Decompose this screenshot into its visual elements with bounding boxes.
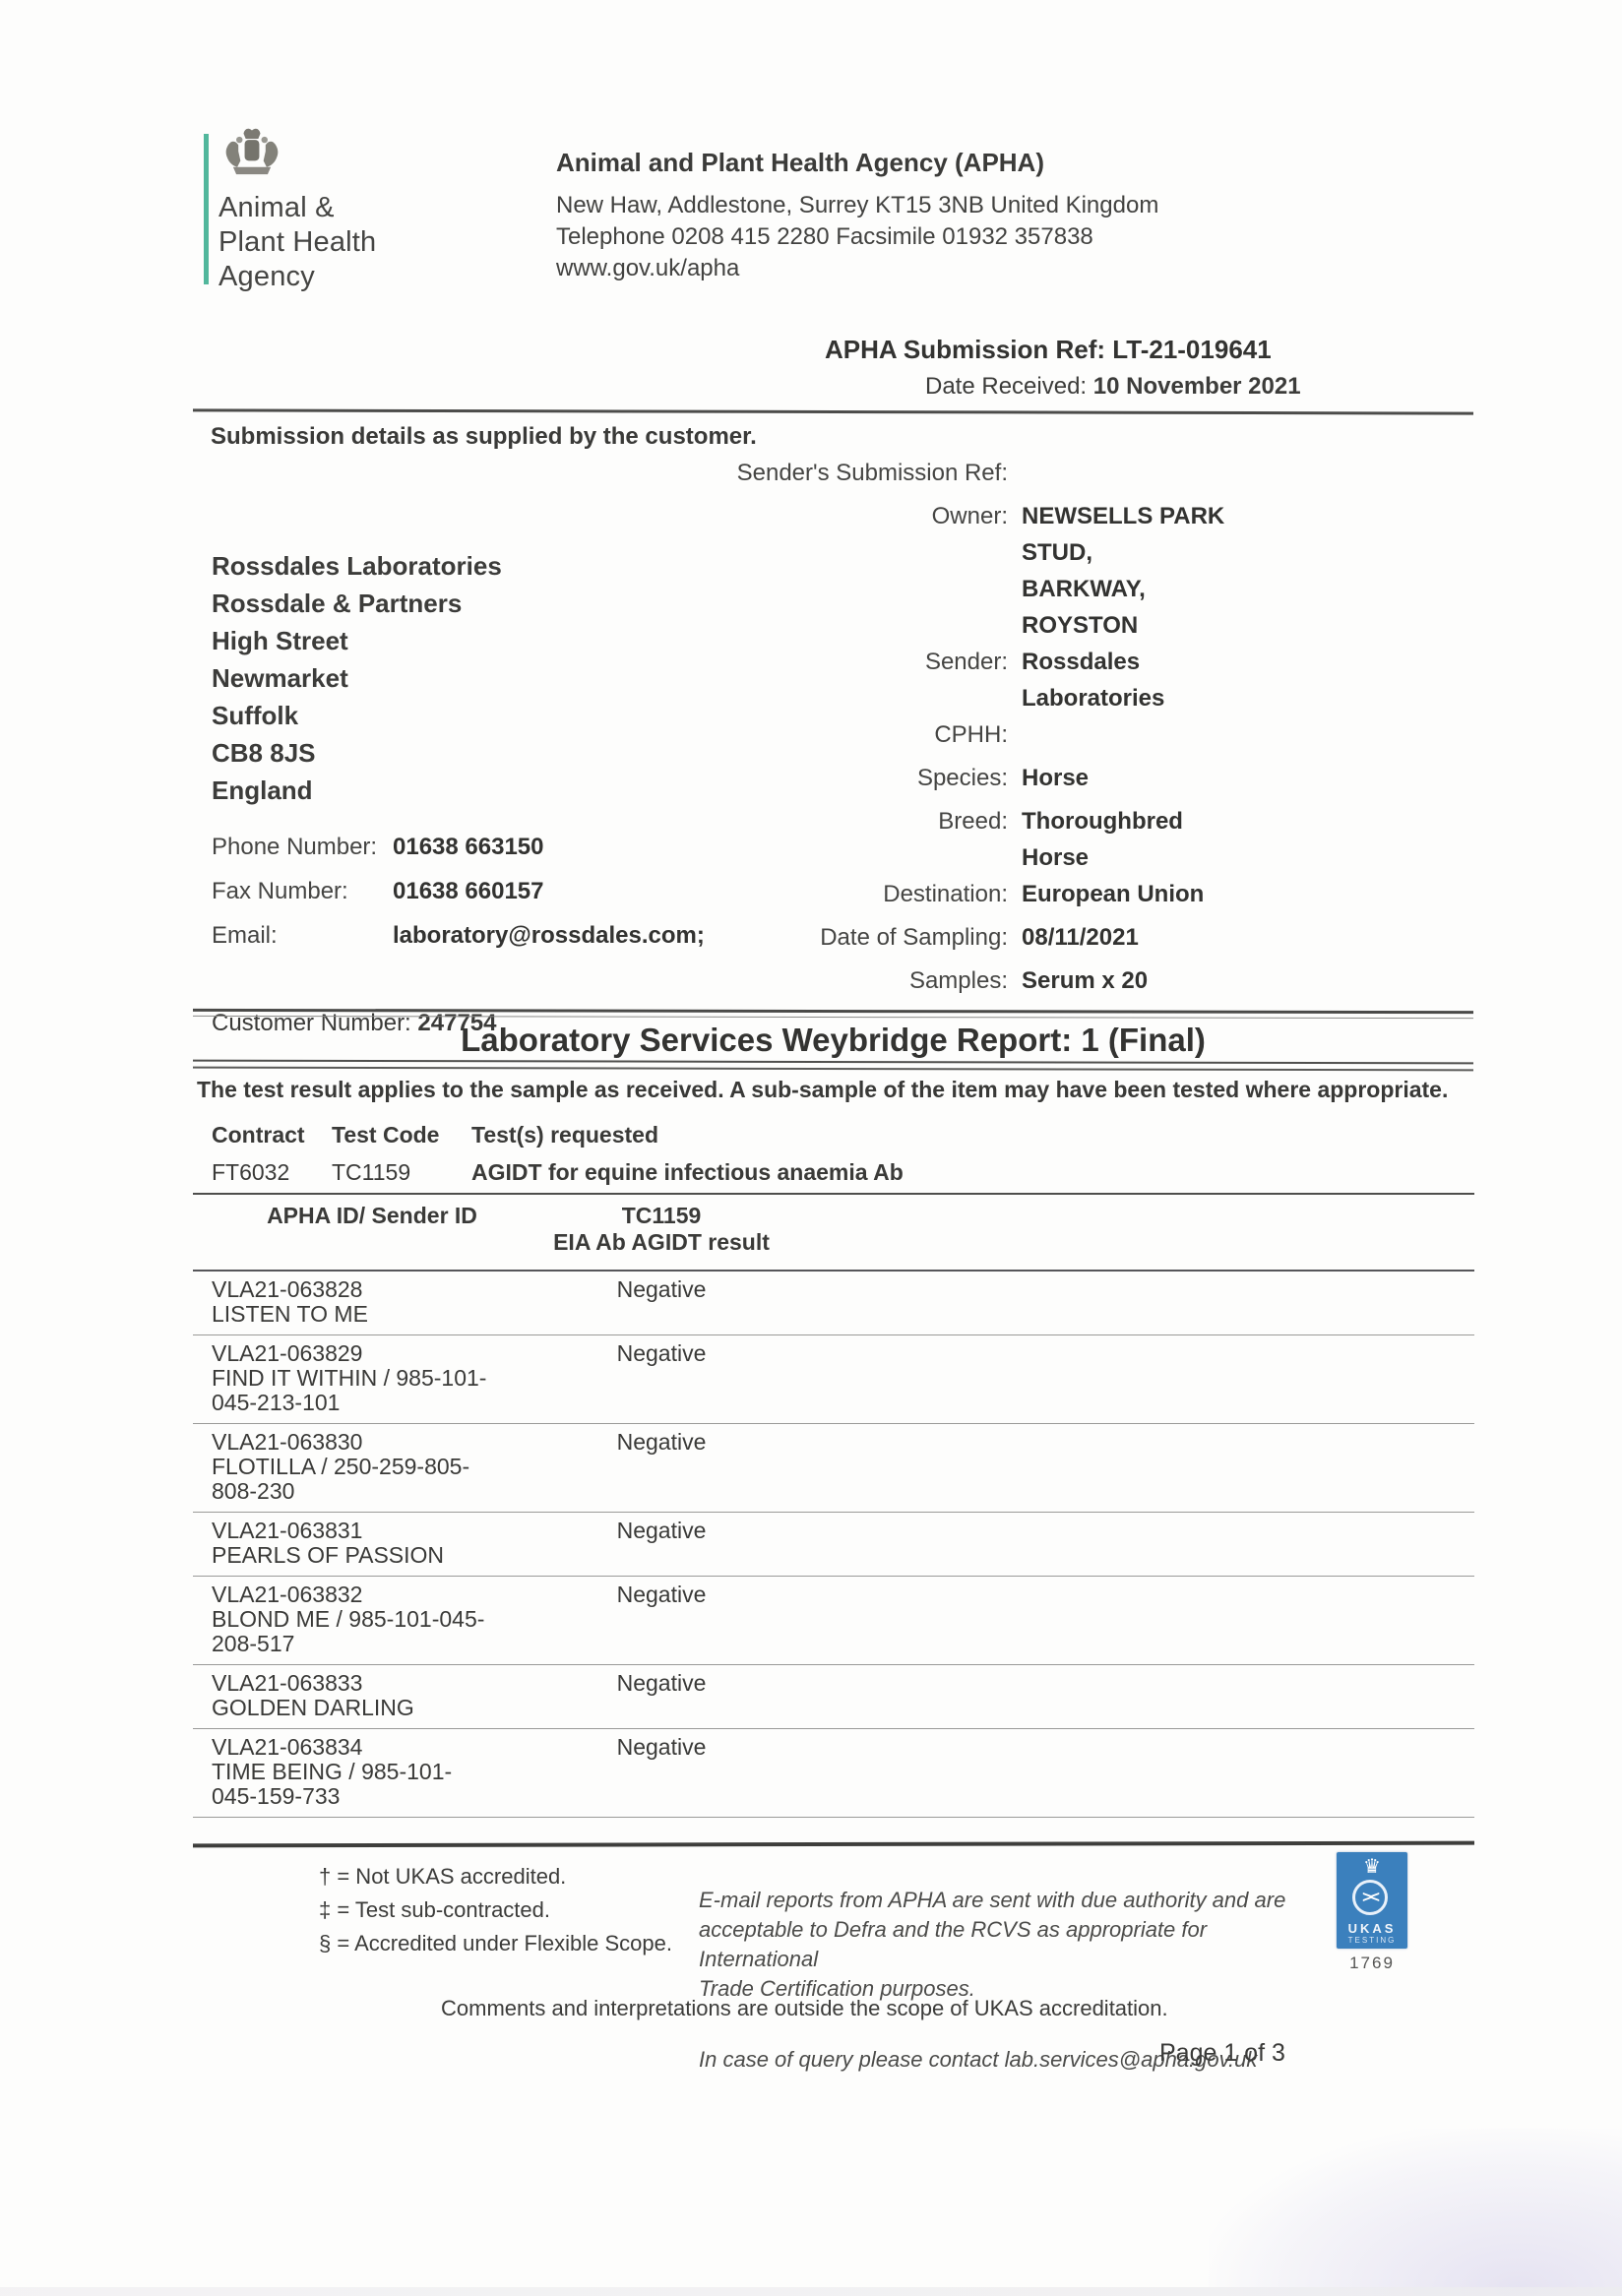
crown-icon: ♛: [1337, 1857, 1407, 1877]
field-label: Owner:: [543, 498, 1022, 534]
scan-edge-artifact: [0, 2287, 1622, 2296]
sample-name: BLOND ME / 985-101-045- 208-517: [212, 1607, 551, 1656]
test-result: Negative: [551, 1582, 772, 1656]
email-row: Email: laboratory@rossdales.com;: [212, 920, 705, 951]
test-result: Negative: [551, 1671, 772, 1720]
page-number: Page 1 of 3: [1159, 2039, 1285, 2068]
field-row: Species: Horse: [543, 760, 1232, 803]
logo-line-1: Animal &: [218, 191, 376, 225]
agency-title: Animal and Plant Health Agency (APHA): [556, 148, 1158, 178]
address-line: High Street: [212, 622, 502, 659]
test-result: Negative: [551, 1277, 772, 1327]
sample-id: VLA21-063831: [212, 1519, 551, 1543]
title-rule-bottom: [193, 1060, 1473, 1072]
agency-website: www.gov.uk/apha: [556, 253, 1158, 284]
phone-value: 01638 663150: [393, 832, 544, 862]
footnote-line: † = Not UKAS accredited.: [319, 1860, 672, 1893]
phone-row: Phone Number: 01638 663150: [212, 832, 705, 862]
field-value: European Union: [1022, 876, 1204, 912]
field-value: Thoroughbred Horse: [1022, 803, 1232, 876]
contract-value: FT6032: [212, 1159, 332, 1186]
id-column-header: APHA ID/ Sender ID: [193, 1203, 551, 1256]
field-row: CPHH:: [543, 716, 1232, 760]
report-note: The test result applies to the sample as…: [197, 1077, 1496, 1103]
test-code-header: Test Code: [332, 1122, 471, 1148]
sample-name: GOLDEN DARLING: [212, 1696, 551, 1720]
sample-name: FIND IT WITHIN / 985-101- 045-213-101: [212, 1366, 551, 1415]
royal-crest-icon: [218, 124, 285, 187]
field-value: Rossdales Laboratories: [1022, 644, 1232, 716]
sample-id: VLA21-063829: [212, 1341, 551, 1366]
sample-id: VLA21-063832: [212, 1582, 551, 1607]
field-label: Samples:: [543, 962, 1022, 999]
table-row: VLA21-063831PEARLS OF PASSION Negative: [193, 1513, 1474, 1577]
results-table-header: APHA ID/ Sender ID TC1159 EIA Ab AGIDT r…: [193, 1193, 1474, 1272]
footnote-legend: † = Not UKAS accredited. ‡ = Test sub-co…: [319, 1860, 672, 1960]
address-line: England: [212, 772, 502, 809]
field-value: 08/11/2021: [1022, 919, 1139, 956]
email-value: laboratory@rossdales.com;: [393, 920, 705, 951]
footer-rule: [193, 1841, 1474, 1848]
date-received-value: 10 November 2021: [1093, 373, 1301, 400]
submission-ref-line: APHA Submission Ref: LT-21-019641: [825, 335, 1272, 365]
sample-name: TIME BEING / 985-101- 045-159-733: [212, 1760, 551, 1809]
test-result: Negative: [551, 1341, 772, 1415]
sample-id: VLA21-063833: [212, 1671, 551, 1696]
sample-id: VLA21-063834: [212, 1735, 551, 1760]
field-label: Sender's Submission Ref:: [543, 455, 1022, 491]
agency-header: Animal and Plant Health Agency (APHA) Ne…: [556, 148, 1158, 284]
test-result: Negative: [551, 1735, 772, 1809]
submission-ref-label: APHA Submission Ref:: [825, 335, 1105, 364]
logo-accent-bar: [204, 134, 209, 284]
request-table-row: FT6032 TC1159 AGIDT for equine infectiou…: [212, 1159, 1294, 1186]
ukas-lab-number: 1769: [1335, 1954, 1409, 1973]
footnote-line: ‡ = Test sub-contracted.: [319, 1893, 672, 1927]
submission-details-heading: Submission details as supplied by the cu…: [211, 423, 757, 451]
result-header-test-code: TC1159: [551, 1203, 772, 1229]
comments-scope-notice: Comments and interpretations are outside…: [441, 1996, 1168, 2021]
address-line: CB8 8JS: [212, 734, 502, 772]
address-line: Newmarket: [212, 659, 502, 697]
request-table-header: Contract Test Code Test(s) requested: [212, 1122, 1294, 1148]
field-value: NEWSELLS PARK STUD, BARKWAY, ROYSTON: [1022, 498, 1232, 644]
date-received-label: Date Received:: [925, 373, 1087, 400]
table-row: VLA21-063830FLOTILLA / 250-259-805- 808-…: [193, 1424, 1474, 1513]
fax-value: 01638 660157: [393, 876, 544, 906]
sample-name: LISTEN TO ME: [212, 1302, 551, 1327]
table-row: VLA21-063828LISTEN TO ME Negative: [193, 1272, 1474, 1335]
sample-name: FLOTILLA / 250-259-805- 808-230: [212, 1455, 551, 1504]
tests-requested-header: Test(s) requested: [471, 1122, 1294, 1148]
submission-ref-value: LT-21-019641: [1112, 335, 1271, 364]
fax-label: Fax Number:: [212, 876, 393, 906]
field-value: Serum x 20: [1022, 962, 1148, 999]
agency-address: New Haw, Addlestone, Surrey KT15 3NB Uni…: [556, 190, 1158, 221]
field-row: Owner: NEWSELLS PARK STUD, BARKWAY, ROYS…: [543, 498, 1232, 644]
table-row: VLA21-063829FIND IT WITHIN / 985-101- 04…: [193, 1335, 1474, 1424]
footnote-line: § = Accredited under Flexible Scope.: [319, 1927, 672, 1960]
results-table: APHA ID/ Sender ID TC1159 EIA Ab AGIDT r…: [193, 1193, 1474, 1818]
ukas-label: UKAS: [1337, 1921, 1407, 1936]
field-value: Horse: [1022, 760, 1089, 796]
email-label: Email:: [212, 920, 393, 951]
sample-id: VLA21-063828: [212, 1277, 551, 1302]
customer-address: Rossdales Laboratories Rossdale & Partne…: [212, 547, 502, 809]
sample-id: VLA21-063830: [212, 1430, 551, 1455]
address-line: Suffolk: [212, 697, 502, 734]
field-row: Samples: Serum x 20: [543, 962, 1232, 1006]
phone-label: Phone Number:: [212, 832, 393, 862]
ukas-accreditation-mark: ♛ >< UKAS TESTING 1769: [1335, 1852, 1409, 1973]
field-label: CPHH:: [543, 716, 1022, 753]
logo-line-3: Agency: [218, 260, 376, 294]
address-line: Rossdales Laboratories: [212, 547, 502, 585]
address-line: Rossdale & Partners: [212, 585, 502, 622]
test-result: Negative: [551, 1430, 772, 1504]
sample-name: PEARLS OF PASSION: [212, 1543, 551, 1568]
contact-block: Phone Number: 01638 663150 Fax Number: 0…: [212, 832, 705, 964]
result-header-test-name: EIA Ab AGIDT result: [551, 1229, 772, 1256]
contract-header: Contract: [212, 1122, 332, 1148]
table-row: VLA21-063833GOLDEN DARLING Negative: [193, 1665, 1474, 1729]
agency-phone: Telephone 0208 415 2280 Facsimile 01932 …: [556, 221, 1158, 253]
field-row: Sender: Rossdales Laboratories: [543, 644, 1232, 716]
scan-smudge-artifact: [1209, 2129, 1622, 2296]
table-row: VLA21-063834TIME BEING / 985-101- 045-15…: [193, 1729, 1474, 1818]
scanned-report-page: Animal & Plant Health Agency Animal and …: [0, 0, 1622, 2296]
ukas-logo-icon: ♛ >< UKAS TESTING: [1337, 1852, 1407, 1949]
ukas-arrows-glyph: ><: [1352, 1888, 1388, 1907]
fax-row: Fax Number: 01638 660157: [212, 876, 705, 906]
divider-line: [193, 408, 1473, 414]
report-title: Laboratory Services Weybridge Report: 1 …: [193, 1022, 1473, 1059]
logo-line-2: Plant Health: [218, 225, 376, 260]
result-column-header: TC1159 EIA Ab AGIDT result: [551, 1203, 772, 1256]
logo-wordmark: Animal & Plant Health Agency: [218, 191, 376, 294]
table-row: VLA21-063832BLOND ME / 985-101-045- 208-…: [193, 1577, 1474, 1665]
tests-requested-value: AGIDT for equine infectious anaemia Ab: [471, 1159, 1294, 1186]
test-code-value: TC1159: [332, 1159, 471, 1186]
field-row: Sender's Submission Ref:: [543, 455, 1232, 498]
date-received-line: Date Received: 10 November 2021: [925, 373, 1301, 401]
ukas-sublabel: TESTING: [1337, 1936, 1407, 1945]
field-label: Species:: [543, 760, 1022, 796]
test-result: Negative: [551, 1519, 772, 1568]
email-notice-text: E-mail reports from APHA are sent with d…: [699, 1886, 1309, 2004]
field-label: Sender:: [543, 644, 1022, 680]
